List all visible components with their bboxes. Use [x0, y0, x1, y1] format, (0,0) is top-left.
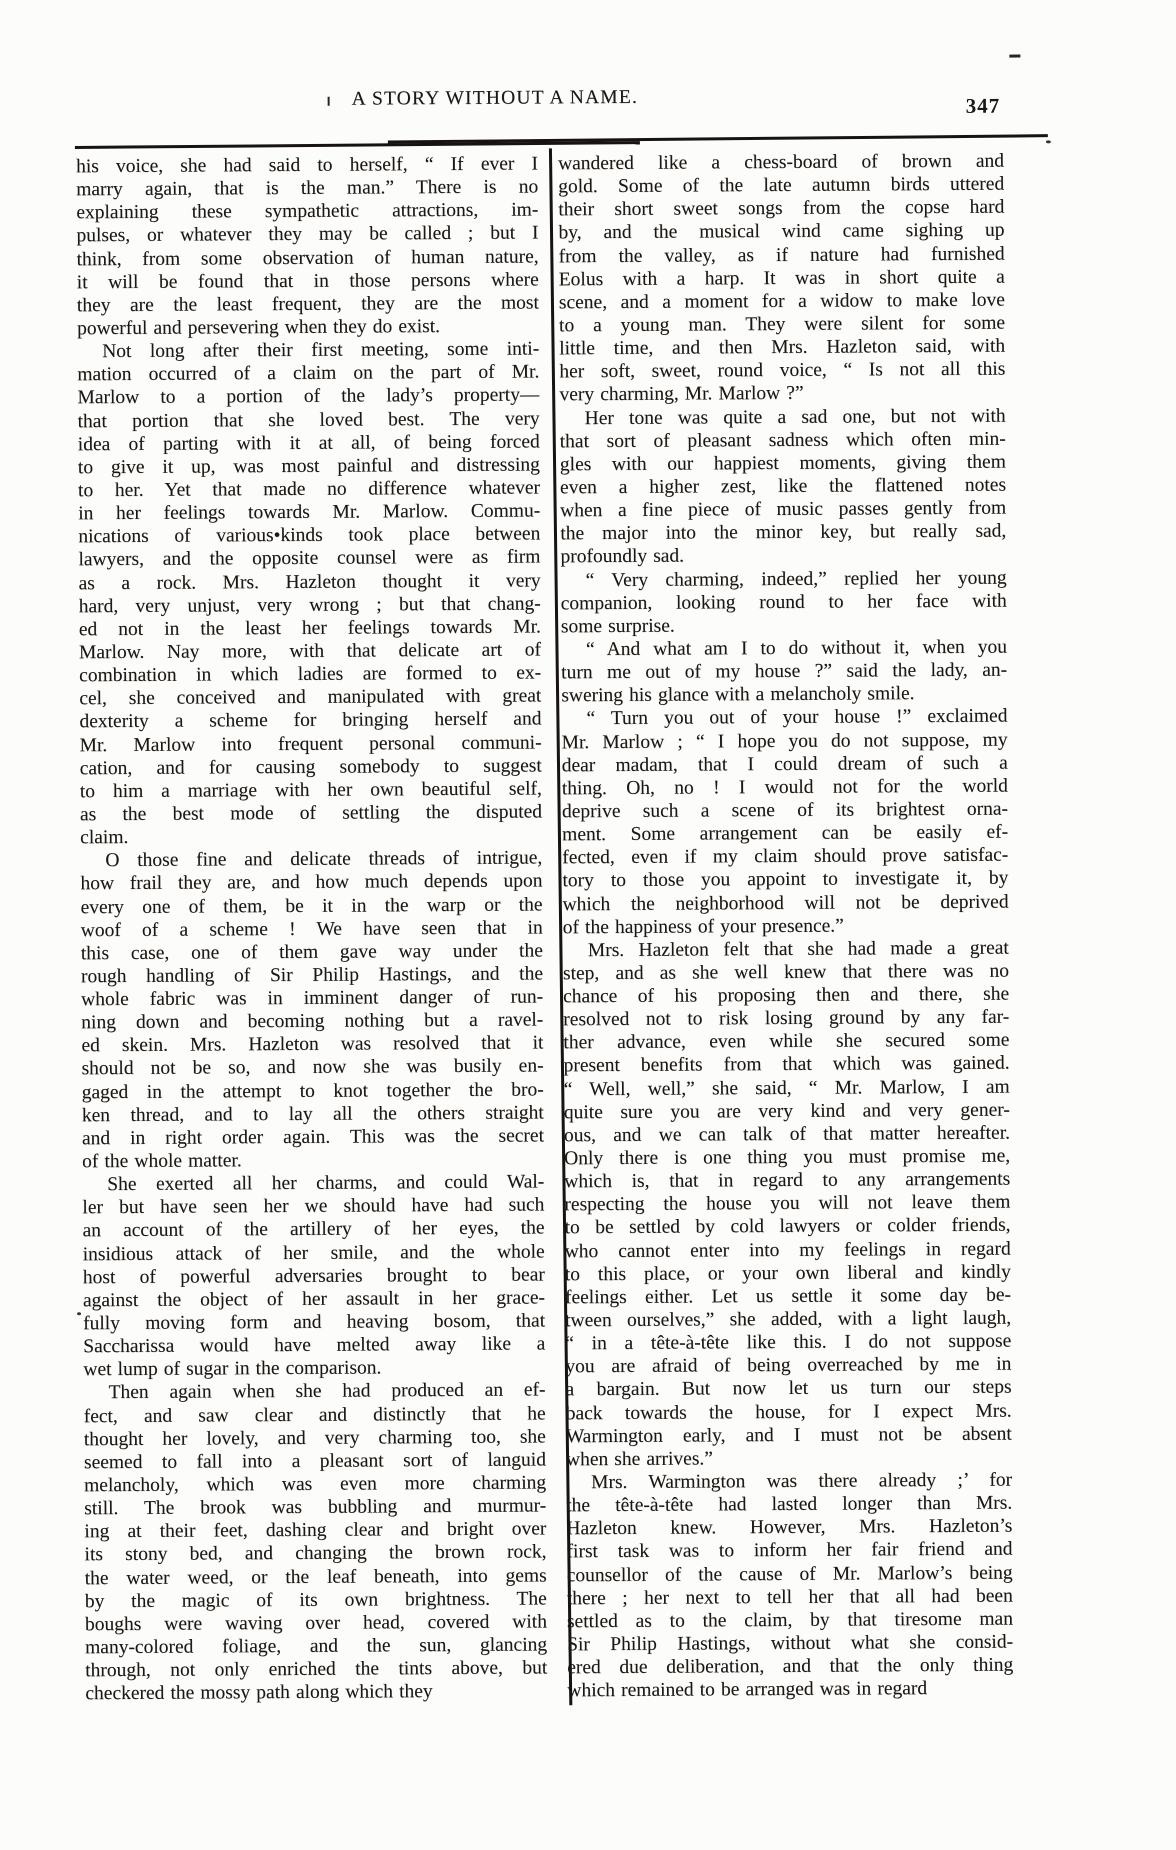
- text-line: and in right order again. This was the s…: [82, 1124, 544, 1150]
- paragraph: Not long after their first meeting, some…: [77, 338, 542, 850]
- text-line: Her tone was quite a sad one, but not wi…: [560, 404, 1006, 430]
- text-line: wet lump of sugar in the comparison.: [83, 1356, 545, 1382]
- text-line: “ And what am I to do without it, when y…: [561, 636, 1007, 662]
- column-left: his voice, she had said to herself, “ If…: [76, 152, 547, 1705]
- text-line: by, and the musical wind came sighing up: [558, 219, 1004, 245]
- text-line: Mrs. Hazleton felt that she had made a g…: [563, 936, 1009, 962]
- text-line: ous, and we can talk of that matter here…: [564, 1121, 1010, 1147]
- text-line: that sort of pleasant sadness which ofte…: [560, 427, 1006, 453]
- text-line: resolved not to risk losing ground by an…: [563, 1006, 1009, 1032]
- text-line: very charming, Mr. Marlow ?”: [559, 381, 1005, 407]
- text-line: nications of various•kinds took place be…: [78, 523, 540, 549]
- text-line: to a young man. They were silent for som…: [559, 312, 1005, 338]
- running-title: A STORY WITHOUT A NAME.: [352, 87, 639, 111]
- text-line: which remained to be arranged was in reg…: [567, 1677, 1013, 1703]
- text-line: checkered the mossy path along which the…: [85, 1680, 547, 1706]
- text-line: seemed to fall into a pleasant sort of l…: [84, 1448, 546, 1474]
- text-line: the tête-à-tête had lasted longer than M…: [566, 1492, 1012, 1518]
- text-line: you are afraid of being overreached by m…: [565, 1353, 1011, 1379]
- text-line: dear madam, that I could dream of such a: [562, 751, 1008, 777]
- text-line: step, and as she well knew that there wa…: [563, 960, 1009, 986]
- page-content: A STORY WITHOUT A NAME. 347 his voice, s…: [0, 0, 1176, 1850]
- text-line: insidious attack of her smile, and the w…: [83, 1240, 545, 1266]
- paragraph: “ And what am I to do without it, when y…: [561, 636, 1007, 708]
- text-line: an account of the artillery of her eyes,…: [82, 1217, 544, 1243]
- text-line: think, from some observation of human na…: [77, 245, 539, 271]
- text-line: O those fine and delicate threads of int…: [80, 847, 542, 873]
- text-line: lawyers, and the opposite counsel were a…: [78, 546, 540, 572]
- text-line: gold. Some of the late autumn birds utte…: [558, 173, 1004, 199]
- text-line: Then again when she had produced an ef-: [83, 1379, 545, 1405]
- paragraph: She exerted all her charms, and could Wa…: [82, 1171, 545, 1382]
- text-line: feelings either. Let us settle it some d…: [565, 1283, 1011, 1309]
- text-line: companion, looking round to her face wit…: [561, 589, 1007, 615]
- text-line: when a fine piece of music passes gently…: [560, 497, 1006, 523]
- text-line: powerful and persevering when they do ex…: [77, 314, 539, 340]
- text-line: there ; her next to tell her that all ha…: [567, 1584, 1013, 1610]
- text-line: Sir Philip Hastings, without what she co…: [567, 1631, 1013, 1657]
- ink-speck: [1046, 140, 1051, 143]
- text-line: they are the least frequent, they are th…: [77, 291, 539, 317]
- text-line: Marlow. Nay more, with that delicate art…: [79, 638, 541, 664]
- text-line: ing at their feet, dashing clear and bri…: [84, 1518, 546, 1544]
- text-line: first task was to inform her fair friend…: [566, 1538, 1012, 1564]
- text-line: as the best mode of settling the dispute…: [80, 800, 542, 826]
- text-line: tween ourselves,” she added, with a ligh…: [565, 1307, 1011, 1333]
- text-line: against the object of her assault in her…: [83, 1286, 545, 1312]
- ink-speck: [77, 1312, 81, 1315]
- text-line: as a rock. Mrs. Hazleton thought it very: [79, 569, 541, 595]
- text-line: still. The brook was bubbling and murmur…: [84, 1495, 546, 1521]
- paragraph: Mrs. Hazleton felt that she had made a g…: [563, 936, 1012, 1471]
- text-line: it will be found that in those persons w…: [77, 268, 539, 294]
- text-line: Mr. Marlow into frequent personal commun…: [80, 731, 542, 757]
- text-line: mation occurred of a claim on the part o…: [77, 361, 539, 387]
- text-line: fect, and saw clear and distinctly that …: [84, 1402, 546, 1428]
- text-line: marry again, that is the man.” There is …: [76, 176, 538, 202]
- text-line: should not be so, and now she was busily…: [81, 1055, 543, 1081]
- scanned-book-page: { "colors": { "paper": "#fcfcfa", "ink":…: [0, 0, 1176, 1850]
- text-line: deprive such a scene of its brightest or…: [562, 798, 1008, 824]
- text-line: host of powerful adversaries brought to …: [83, 1263, 545, 1289]
- text-line: ed not in the least her feelings towards…: [79, 615, 541, 641]
- text-line: “ Turn you out of your house !” exclaime…: [561, 705, 1007, 731]
- text-line: tory to those you appoint to investigate…: [562, 867, 1008, 893]
- text-line: some surprise.: [561, 612, 1007, 638]
- text-line: counsellor of the cause of Mr. Marlow’s …: [567, 1561, 1013, 1587]
- text-line: gaged in the attempt to knot together th…: [82, 1078, 544, 1104]
- text-line: dexterity a scheme for bringing herself …: [79, 708, 541, 734]
- text-line: pulses, or whatever they may be called ;…: [76, 222, 538, 248]
- page-number: 347: [966, 94, 1001, 119]
- text-line: little time, and then Mrs. Hazleton said…: [559, 335, 1005, 361]
- text-line: fected, even if my claim should prove sa…: [562, 844, 1008, 870]
- text-line: rough handling of Sir Philip Hastings, a…: [81, 962, 543, 988]
- text-line: Eolus with a harp. It was in short quite…: [559, 265, 1005, 291]
- text-line: combination in which ladies are formed t…: [79, 662, 541, 688]
- text-line: settled as to the claim, by that tiresom…: [567, 1607, 1013, 1633]
- text-line: how frail they are, and how much depends…: [80, 870, 542, 896]
- text-line: Warmington early, and I must not be abse…: [566, 1422, 1012, 1448]
- paragraph: “ Very charming, indeed,” replied her yo…: [561, 566, 1007, 638]
- text-line: swering his glance with a melancholy smi…: [561, 682, 1007, 708]
- text-line: respecting the house you will not leave …: [564, 1191, 1010, 1217]
- text-line: its stony bed, and changing the brown ro…: [84, 1541, 546, 1567]
- text-line: who cannot enter into my feelings in reg…: [565, 1237, 1011, 1263]
- text-line: wandered like a chess-board of brown and: [558, 150, 1004, 176]
- text-line: back towards the house, for I expect Mrs…: [566, 1399, 1012, 1425]
- text-line: scene, and a moment for a widow to make …: [559, 288, 1005, 314]
- text-line: She exerted all her charms, and could Wa…: [82, 1171, 544, 1197]
- text-line: whole fabric was in imminent danger of r…: [81, 985, 543, 1011]
- text-line: hard, very unjust, very wrong ; but that…: [79, 592, 541, 618]
- text-line: cel, she conceived and manipulated with …: [79, 685, 541, 711]
- text-line: which is, that in regard to any arrangem…: [564, 1168, 1010, 1194]
- text-line: Mrs. Warmington was there already ;’ for: [566, 1469, 1012, 1495]
- text-line: ken thread, and to lay all the others st…: [82, 1101, 544, 1127]
- ink-speck: [1009, 54, 1020, 57]
- text-line: to this place, or your own liberal and k…: [565, 1260, 1011, 1286]
- text-line: claim.: [80, 824, 542, 850]
- text-line: even a higher zest, like the flattened n…: [560, 474, 1006, 500]
- text-line: cation, and for causing somebody to sugg…: [80, 754, 542, 780]
- text-line: “ Very charming, indeed,” replied her yo…: [561, 566, 1007, 592]
- text-line: his voice, she had said to herself, “ If…: [76, 152, 538, 178]
- text-line: to her. Yet that made no difference what…: [78, 476, 540, 502]
- text-line: in her feelings towards Mr. Marlow. Comm…: [78, 500, 540, 526]
- text-line: to him a marriage with her own beautiful…: [80, 777, 542, 803]
- text-line: turn me out of my house ?” said the lady…: [561, 659, 1007, 685]
- text-line: their short sweet songs from the copse h…: [558, 196, 1004, 222]
- text-line: from the valley, as if nature had furnis…: [559, 242, 1005, 268]
- text-line: ered due deliberation, and that the only…: [567, 1654, 1013, 1680]
- text-line: chance of his proposing then and there, …: [563, 983, 1009, 1009]
- header-rule-overlap: [388, 134, 1048, 143]
- text-line: fully moving form and heaving bosom, tha…: [83, 1309, 545, 1335]
- text-line: ning down and becoming nothing but a rav…: [81, 1009, 543, 1035]
- text-line: thing. Oh, no ! I would not for the worl…: [562, 774, 1008, 800]
- text-line: her soft, sweet, round voice, “ Is not a…: [559, 358, 1005, 384]
- text-line: the water weed, or the leaf beneath, int…: [85, 1564, 547, 1590]
- text-line: ther advance, even while she secured som…: [563, 1029, 1009, 1055]
- text-line: when she arrives.”: [566, 1445, 1012, 1471]
- text-line: by the magic of its own brightness. The: [85, 1587, 547, 1613]
- paragraph: Mrs. Warmington was there already ;’ for…: [566, 1469, 1013, 1703]
- paragraph: Then again when she had produced an ef-f…: [83, 1379, 547, 1706]
- text-line: Hazleton knew. However, Mrs. Hazleton’s: [566, 1515, 1012, 1541]
- text-line: many-colored foliage, and the sun, glanc…: [85, 1633, 547, 1659]
- text-line: Marlow to a portion of the lady’s proper…: [77, 384, 539, 410]
- header-rule: [75, 141, 640, 149]
- text-line: explaining these sympathetic attractions…: [76, 199, 538, 225]
- paragraph: wandered like a chess-board of brown and…: [558, 150, 1006, 407]
- text-line: boughs were waving over head, covered wi…: [85, 1610, 547, 1636]
- text-line: gles with our happiest moments, giving t…: [560, 450, 1006, 476]
- text-line: thought her lovely, and very charming to…: [84, 1425, 546, 1451]
- text-line: Mr. Marlow ; “ I hope you do not suppose…: [561, 728, 1007, 754]
- text-line: which the neighborhood will not be depri…: [562, 890, 1008, 916]
- text-line: this case, one of them gave way under th…: [81, 939, 543, 965]
- text-line: ment. Some arrangement can be easily ef-: [562, 821, 1008, 847]
- text-line: every one of them, be it in the warp or …: [80, 893, 542, 919]
- text-line: melancholy, which was even more charming: [84, 1471, 546, 1497]
- text-line: present benefits from that which was gai…: [563, 1052, 1009, 1078]
- ink-speck: [328, 97, 330, 106]
- text-line: the major into the minor key, but really…: [560, 520, 1006, 546]
- text-line: through, not only enriched the tints abo…: [85, 1657, 547, 1683]
- text-line: “ in a tête-à-tête like this. I do not s…: [565, 1330, 1011, 1356]
- text-line: of the whole matter.: [82, 1147, 544, 1173]
- text-line: Saccharissa would have melted away like …: [83, 1333, 545, 1359]
- text-line: of the happiness of your presence.”: [563, 913, 1009, 939]
- text-line: idea of parting with it at all, of being…: [78, 430, 540, 456]
- paragraph: Her tone was quite a sad one, but not wi…: [560, 404, 1007, 569]
- text-line: woof of a scheme ! We have seen that in: [81, 916, 543, 942]
- text-line: to give it up, was most painful and dist…: [78, 453, 540, 479]
- text-line: ler but have seen her we should have had…: [82, 1194, 544, 1220]
- text-line: Not long after their first meeting, some…: [77, 338, 539, 364]
- text-line: “ Well, well,” she said, “ Mr. Marlow, I…: [564, 1075, 1010, 1101]
- text-line: to be settled by cold lawyers or colder …: [564, 1214, 1010, 1240]
- text-line: a bargain. But now let us turn our steps: [565, 1376, 1011, 1402]
- paragraph: “ Turn you out of your house !” exclaime…: [561, 705, 1008, 939]
- text-line: that portion that she loved best. The ve…: [78, 407, 540, 433]
- text-line: quite sure you are very kind and very ge…: [564, 1098, 1010, 1124]
- text-line: profoundly sad.: [560, 543, 1006, 569]
- column-right: wandered like a chess-board of brown and…: [558, 150, 1013, 1703]
- text-line: ed skein. Mrs. Hazleton was resolved tha…: [81, 1032, 543, 1058]
- paragraph: O those fine and delicate threads of int…: [80, 847, 544, 1174]
- paragraph: his voice, she had said to herself, “ If…: [76, 152, 539, 340]
- text-line: Only there is one thing you must promise…: [564, 1145, 1010, 1171]
